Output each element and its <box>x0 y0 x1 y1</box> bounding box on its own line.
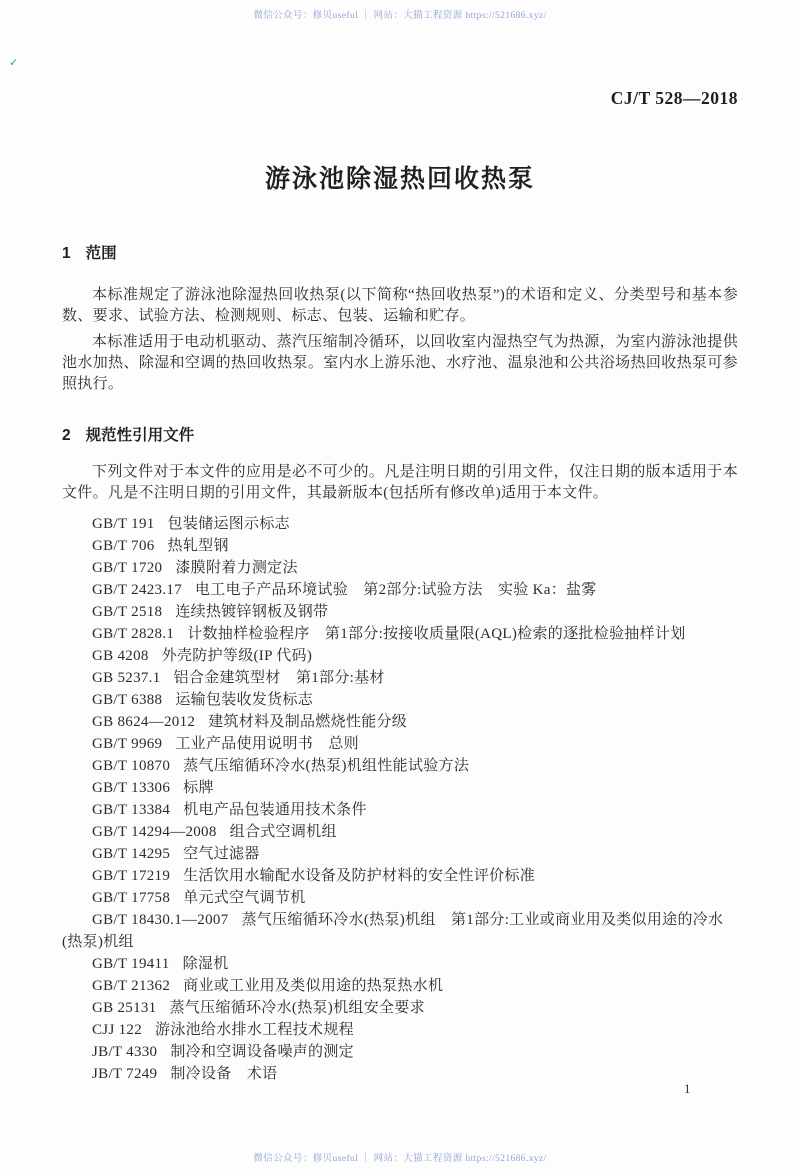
reference-title: 标牌 <box>183 780 214 796</box>
reference-code: GB 25131 <box>92 1000 157 1016</box>
reference-item: GB/T 17219生活饮用水输配水设备及防护材料的安全性评价标准 <box>62 865 738 887</box>
section-1-number: 1 <box>62 245 71 262</box>
reference-item: GB 8624—2012建筑材料及制品燃烧性能分级 <box>62 711 738 733</box>
reference-item: GB 4208外壳防护等级(IP 代码) <box>62 645 738 667</box>
reference-item: GB/T 21362商业或工业用及类似用途的热泵热水机 <box>62 975 738 997</box>
reference-title: 组合式空调机组 <box>230 824 337 840</box>
normative-intro-paragraph: 下列文件对于本文件的应用是必不可少的。凡是注明日期的引用文件，仅注日期的版本适用… <box>62 462 738 504</box>
reference-code: GB/T 13306 <box>92 780 170 796</box>
scope-paragraph-2: 本标准适用于电动机驱动、蒸汽压缩制冷循环，以回收室内湿热空气为热源，为室内游泳池… <box>62 332 738 395</box>
reference-title: 外壳防护等级(IP 代码) <box>162 648 312 664</box>
reference-item: GB/T 10870蒸气压缩循环冷水(热泵)机组性能试验方法 <box>62 755 738 777</box>
reference-code: GB 4208 <box>92 648 149 664</box>
reference-code: GB/T 14294—2008 <box>92 824 217 840</box>
reference-code: GB/T 17758 <box>92 890 170 906</box>
reference-code: GB/T 21362 <box>92 978 170 994</box>
reference-item: GB/T 14294—2008组合式空调机组 <box>62 821 738 843</box>
reference-code: GB/T 1720 <box>92 560 162 576</box>
reference-code: GB/T 17219 <box>92 868 170 884</box>
reference-title: 漆膜附着力测定法 <box>175 560 297 576</box>
page-number: 1 <box>684 1081 691 1097</box>
reference-code: GB/T 9969 <box>92 736 162 752</box>
reference-title: 建筑材料及制品燃烧性能分级 <box>208 714 407 730</box>
reference-title: 单元式空气调节机 <box>183 890 305 906</box>
reference-title: 铝合金建筑型材 第1部分:基材 <box>174 670 385 686</box>
references-list: GB/T 191包装储运图示标志GB/T 706热轧型钢GB/T 1720漆膜附… <box>62 513 738 1085</box>
document-title: 游泳池除湿热回收热泵 <box>62 159 738 195</box>
reference-title: 商业或工业用及类似用途的热泵热水机 <box>183 978 443 994</box>
reference-item: JB/T 7249制冷设备 术语 <box>62 1063 738 1085</box>
reference-title: 包装储运图示标志 <box>168 516 290 532</box>
reference-title: 电工电子产品环境试验 第2部分:试验方法 实验 Ka：盐雾 <box>195 582 597 598</box>
section-2-number: 2 <box>62 427 71 444</box>
reference-title: 生活饮用水输配水设备及防护材料的安全性评价标准 <box>183 868 535 884</box>
reference-item: GB/T 17758单元式空气调节机 <box>62 887 738 909</box>
reference-title: 计数抽样检验程序 第1部分:按接收质量限(AQL)检索的逐批检验抽样计划 <box>187 626 685 642</box>
reference-item: GB/T 2828.1计数抽样检验程序 第1部分:按接收质量限(AQL)检索的逐… <box>62 623 738 645</box>
reference-code: GB/T 18430.1—2007 <box>92 912 229 928</box>
reference-code: GB/T 2423.17 <box>92 582 182 598</box>
reference-item: GB/T 13384机电产品包装通用技术条件 <box>62 799 738 821</box>
reference-item: GB/T 6388运输包装收发货标志 <box>62 689 738 711</box>
reference-item: GB 25131蒸气压缩循环冷水(热泵)机组安全要求 <box>62 997 738 1019</box>
reference-code: JB/T 4330 <box>92 1044 157 1060</box>
section-2-heading: 2规范性引用文件 <box>62 423 738 445</box>
reference-code: GB/T 6388 <box>92 692 162 708</box>
reference-title: 连续热镀锌钢板及钢带 <box>175 604 328 620</box>
section-1-heading: 1范围 <box>62 241 738 263</box>
reference-title: 工业产品使用说明书 总则 <box>175 736 359 752</box>
reference-item: GB/T 191包装储运图示标志 <box>62 513 738 535</box>
reference-title: 蒸气压缩循环冷水(热泵)机组安全要求 <box>170 1000 425 1016</box>
reference-item: GB/T 13306标牌 <box>62 777 738 799</box>
reference-code: GB/T 706 <box>92 538 155 554</box>
reference-item: GB/T 14295空气过滤器 <box>62 843 738 865</box>
reference-item: GB 5237.1铝合金建筑型材 第1部分:基材 <box>62 667 738 689</box>
reference-code: GB 8624—2012 <box>92 714 195 730</box>
document-page: 微信公众号：修贝useful ｜ 网站：大猫工程资源 https://52168… <box>0 0 800 1171</box>
reference-item: GB/T 18430.1—2007蒸气压缩循环冷水(热泵)机组 第1部分:工业或… <box>62 909 738 953</box>
page-content: CJ/T 528—2018 游泳池除湿热回收热泵 1范围 本标准规定了游泳池除湿… <box>0 0 800 1085</box>
reference-item: GB/T 2518连续热镀锌钢板及钢带 <box>62 601 738 623</box>
reference-code: GB/T 2518 <box>92 604 162 620</box>
reference-code: GB/T 14295 <box>92 846 170 862</box>
reference-code: GB 5237.1 <box>92 670 161 686</box>
reference-title: 热轧型钢 <box>168 538 229 554</box>
reference-title: 制冷和空调设备噪声的测定 <box>170 1044 354 1060</box>
reference-code: GB/T 13384 <box>92 802 170 818</box>
reference-code: GB/T 19411 <box>92 956 170 972</box>
reference-code: GB/T 191 <box>92 516 155 532</box>
reference-title: 机电产品包装通用技术条件 <box>183 802 367 818</box>
reference-title: 制冷设备 术语 <box>170 1066 277 1082</box>
reference-code: GB/T 2828.1 <box>92 626 174 642</box>
reference-item: GB/T 1720漆膜附着力测定法 <box>62 557 738 579</box>
watermark-top: 微信公众号：修贝useful ｜ 网站：大猫工程资源 https://52168… <box>0 7 800 21</box>
section-2-title: 规范性引用文件 <box>86 427 195 444</box>
reference-item: CJJ 122游泳池给水排水工程技术规程 <box>62 1019 738 1041</box>
corner-check-icon: ✓ <box>9 56 18 69</box>
reference-title: 游泳池给水排水工程技术规程 <box>155 1022 354 1038</box>
reference-title: 蒸气压缩循环冷水(热泵)机组性能试验方法 <box>183 758 469 774</box>
reference-item: JB/T 4330制冷和空调设备噪声的测定 <box>62 1041 738 1063</box>
reference-title: 运输包装收发货标志 <box>175 692 313 708</box>
watermark-bottom: 微信公众号：修贝useful ｜ 网站：大猫工程资源 https://52168… <box>0 1150 800 1164</box>
reference-title: 空气过滤器 <box>183 846 260 862</box>
scope-paragraph-1: 本标准规定了游泳池除湿热回收热泵(以下简称“热回收热泵”)的术语和定义、分类型号… <box>62 285 738 327</box>
reference-item: GB/T 2423.17电工电子产品环境试验 第2部分:试验方法 实验 Ka：盐… <box>62 579 738 601</box>
reference-item: GB/T 19411除湿机 <box>62 953 738 975</box>
reference-item: GB/T 706热轧型钢 <box>62 535 738 557</box>
reference-code: JB/T 7249 <box>92 1066 157 1082</box>
reference-item: GB/T 9969工业产品使用说明书 总则 <box>62 733 738 755</box>
reference-code: CJJ 122 <box>92 1022 142 1038</box>
section-1-title: 范围 <box>86 245 117 262</box>
reference-code: GB/T 10870 <box>92 758 170 774</box>
reference-title: 除湿机 <box>183 956 229 972</box>
